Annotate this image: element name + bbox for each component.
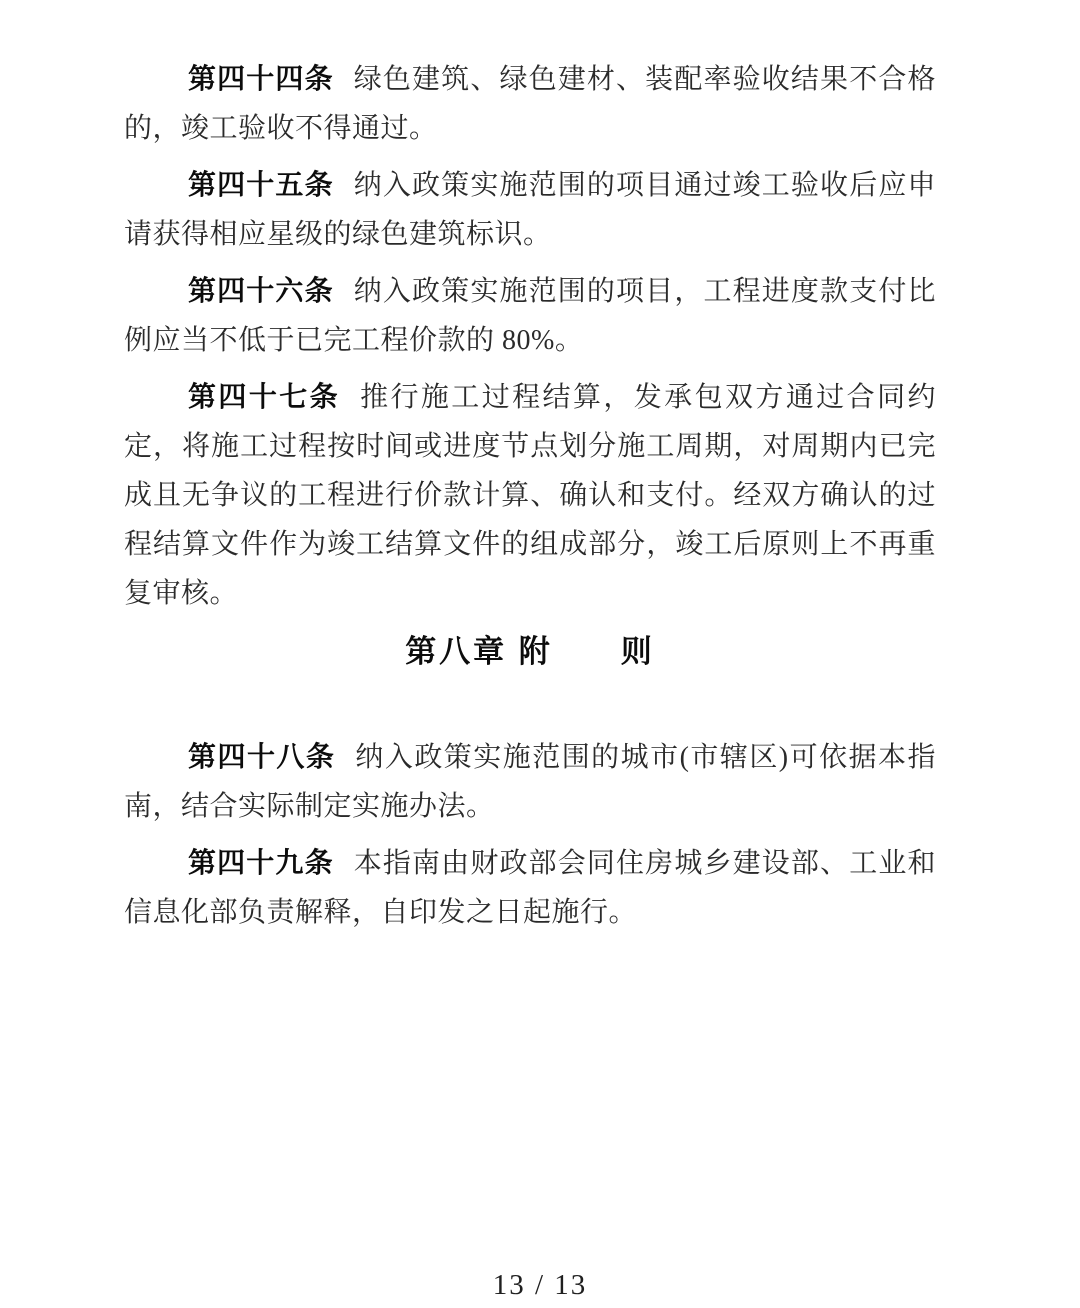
document-page: 第四十四条绿色建筑、绿色建材、装配率验收结果不合格的，竣工验收不得通过。 第四十… bbox=[0, 0, 1080, 1308]
article-47-number: 第四十七条 bbox=[188, 381, 340, 412]
article-44-number: 第四十四条 bbox=[188, 63, 334, 94]
article-49-number: 第四十九条 bbox=[188, 847, 334, 878]
article-46-number: 第四十六条 bbox=[188, 275, 334, 306]
chapter-heading: 第八章 附 则 bbox=[124, 627, 936, 676]
article-46: 第四十六条纳入政策实施范围的项目，工程进度款支付比例应当不低于已完工程价款的 8… bbox=[124, 266, 936, 365]
article-47: 第四十七条推行施工过程结算，发承包双方通过合同约定，将施工过程按时间或进度节点划… bbox=[124, 372, 936, 618]
article-45: 第四十五条纳入政策实施范围的项目通过竣工验收后应申请获得相应星级的绿色建筑标识。 bbox=[124, 160, 936, 259]
article-45-number: 第四十五条 bbox=[188, 169, 334, 200]
document-content: 第四十四条绿色建筑、绿色建材、装配率验收结果不合格的，竣工验收不得通过。 第四十… bbox=[124, 54, 936, 937]
article-44: 第四十四条绿色建筑、绿色建材、装配率验收结果不合格的，竣工验收不得通过。 bbox=[124, 54, 936, 153]
article-49: 第四十九条本指南由财政部会同住房城乡建设部、工业和信息化部负责解释，自印发之日起… bbox=[124, 838, 936, 937]
article-48: 第四十八条纳入政策实施范围的城市(市辖区)可依据本指南，结合实际制定实施办法。 bbox=[124, 732, 936, 831]
article-47-text: 推行施工过程结算，发承包双方通过合同约定，将施工过程按时间或进度节点划分施工周期… bbox=[124, 382, 936, 609]
article-48-number: 第四十八条 bbox=[188, 741, 335, 772]
page-number: 13 / 13 bbox=[0, 1269, 1080, 1302]
